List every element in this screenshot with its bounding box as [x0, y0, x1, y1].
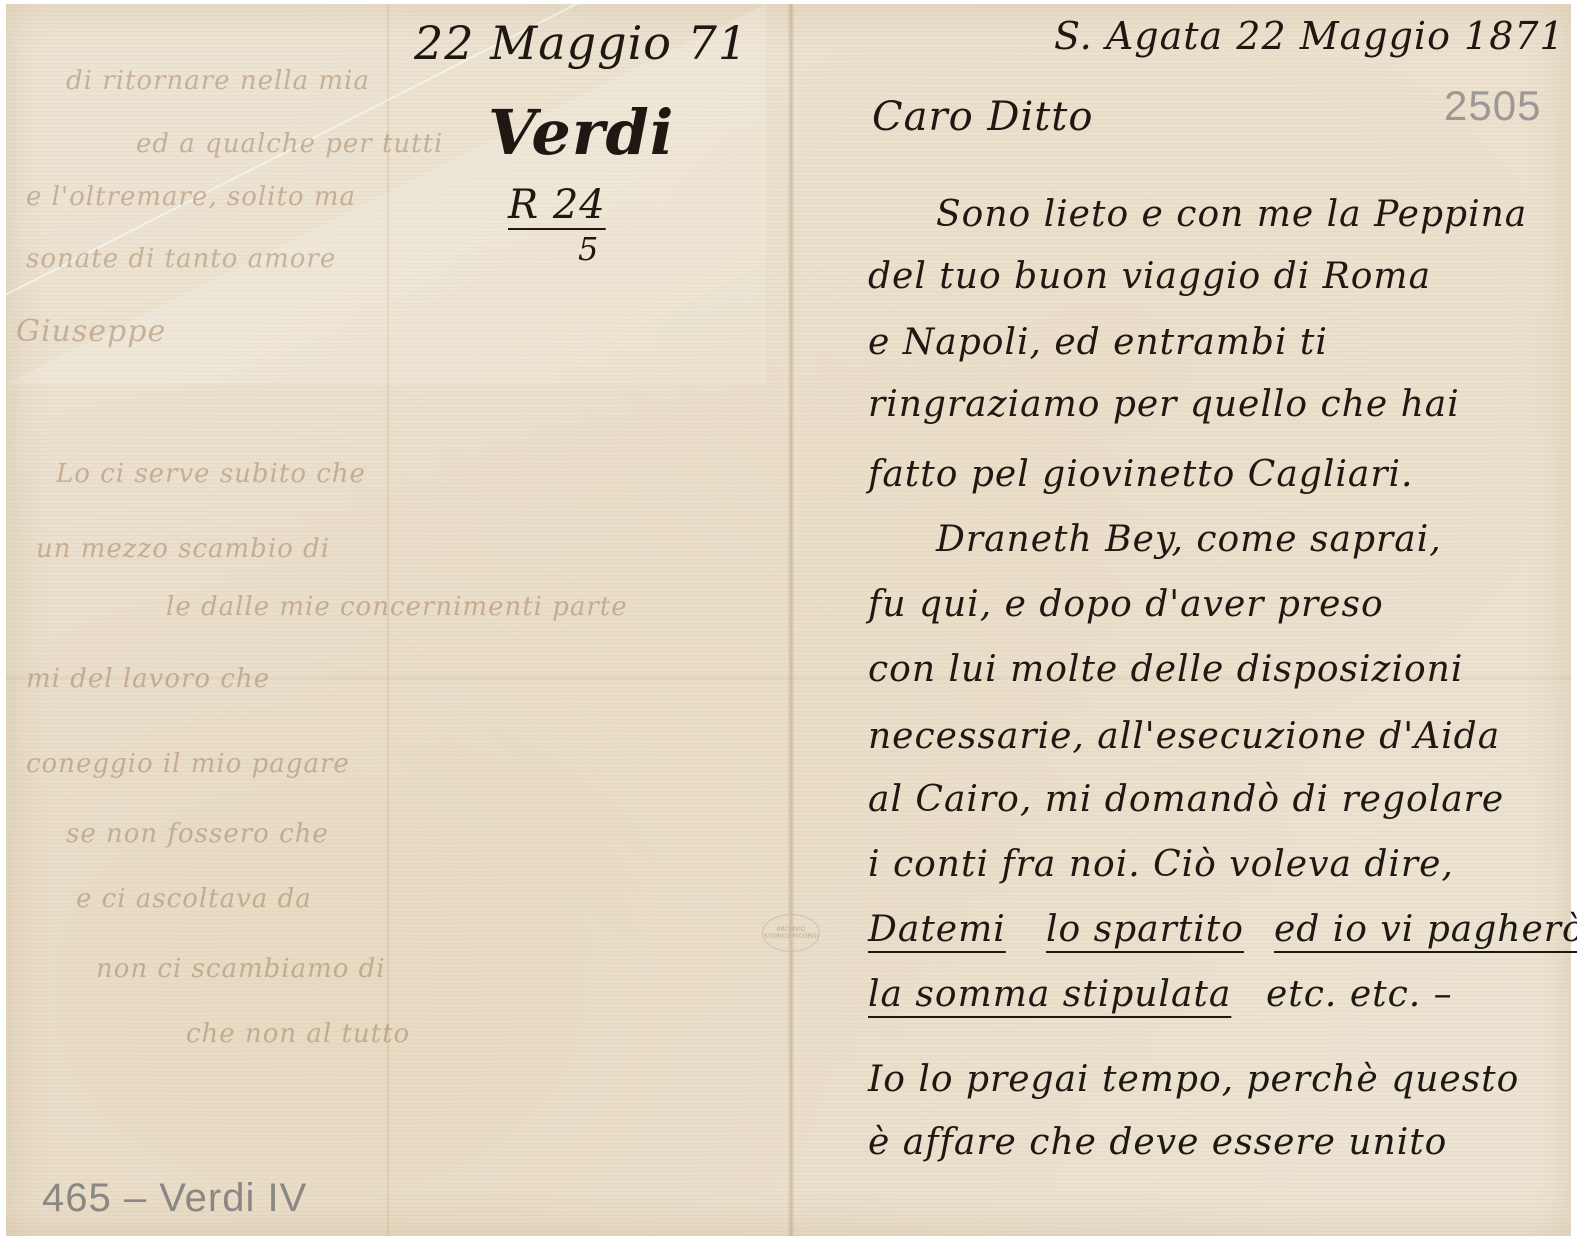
letter-line: necessarie, all'esecuzione d'Aida [868, 716, 1500, 757]
docket-reference-sub: 5 [578, 230, 599, 268]
bleed-line: ed a qualche per tutti [136, 129, 443, 159]
letter-sheet: di ritornare nella mia ed a qualche per … [6, 4, 1571, 1236]
bleed-line: mi del lavoro che [26, 664, 270, 694]
letter-line: Sono lieto e con me la Peppina [936, 194, 1527, 235]
letter-line: Io lo pregai tempo, perchè questo [868, 1059, 1519, 1100]
underlined-phrase: la somma stipulata [868, 974, 1231, 1015]
archive-stamp: ARCHIVIO STORICO RICORDI [762, 914, 820, 952]
letter-line: etc. etc. – [1266, 974, 1453, 1015]
salutation: Caro Ditto [872, 94, 1093, 140]
bleed-line: e ci ascoltava da [76, 884, 312, 914]
letter-line: Draneth Bey, come saprai, [936, 519, 1442, 560]
center-fold [788, 4, 794, 1236]
bleed-line: se non fossero che [66, 819, 329, 849]
letter-line: e Napoli, ed entrambi ti [868, 322, 1328, 363]
letter-line: del tuo buon viaggio di Roma [868, 256, 1431, 297]
place-date-heading: S. Agata 22 Maggio 1871 [1054, 14, 1565, 58]
letter-line: è affare che deve essere unito [868, 1122, 1447, 1163]
docket-name: Verdi [488, 96, 674, 169]
bleed-line: e l'oltremare, solito ma [26, 182, 356, 212]
letter-line: ringraziamo per quello che hai [868, 384, 1460, 425]
bleed-line: che non al tutto [186, 1019, 410, 1049]
archive-number: 2505 [1444, 82, 1541, 130]
bleed-line: le dalle mie concernimenti parte [166, 592, 628, 622]
bleed-line: non ci scambiamo di [96, 954, 386, 984]
letter-line: i conti fra noi. Ciò voleva dire, [868, 844, 1454, 885]
bleed-signature: Giuseppe [16, 314, 166, 349]
letter-line: con lui molte delle disposizioni [868, 649, 1463, 690]
underlined-phrase: ed io vi pagherò [1274, 909, 1577, 950]
letter-line: al Cairo, mi domandò di regolare [868, 779, 1504, 820]
underlined-phrase: Datemi [868, 909, 1006, 950]
docket-reference: R 24 [508, 182, 606, 228]
bleed-line: un mezzo scambio di [36, 534, 330, 564]
bleed-line: coneggio il mio pagare [26, 749, 350, 779]
docket-date: 22 Maggio 71 [414, 16, 748, 70]
letter-line: fatto pel giovinetto Cagliari. [868, 454, 1413, 495]
bleed-line: Lo ci serve subito che [56, 459, 366, 489]
bleed-line: sonate di tanto amore [26, 244, 336, 274]
letter-line: fu qui, e dopo d'aver preso [868, 584, 1384, 625]
bleed-line: di ritornare nella mia [66, 66, 370, 96]
underlined-phrase: lo spartito [1046, 909, 1244, 950]
archive-note: 465 – Verdi IV [42, 1176, 307, 1221]
